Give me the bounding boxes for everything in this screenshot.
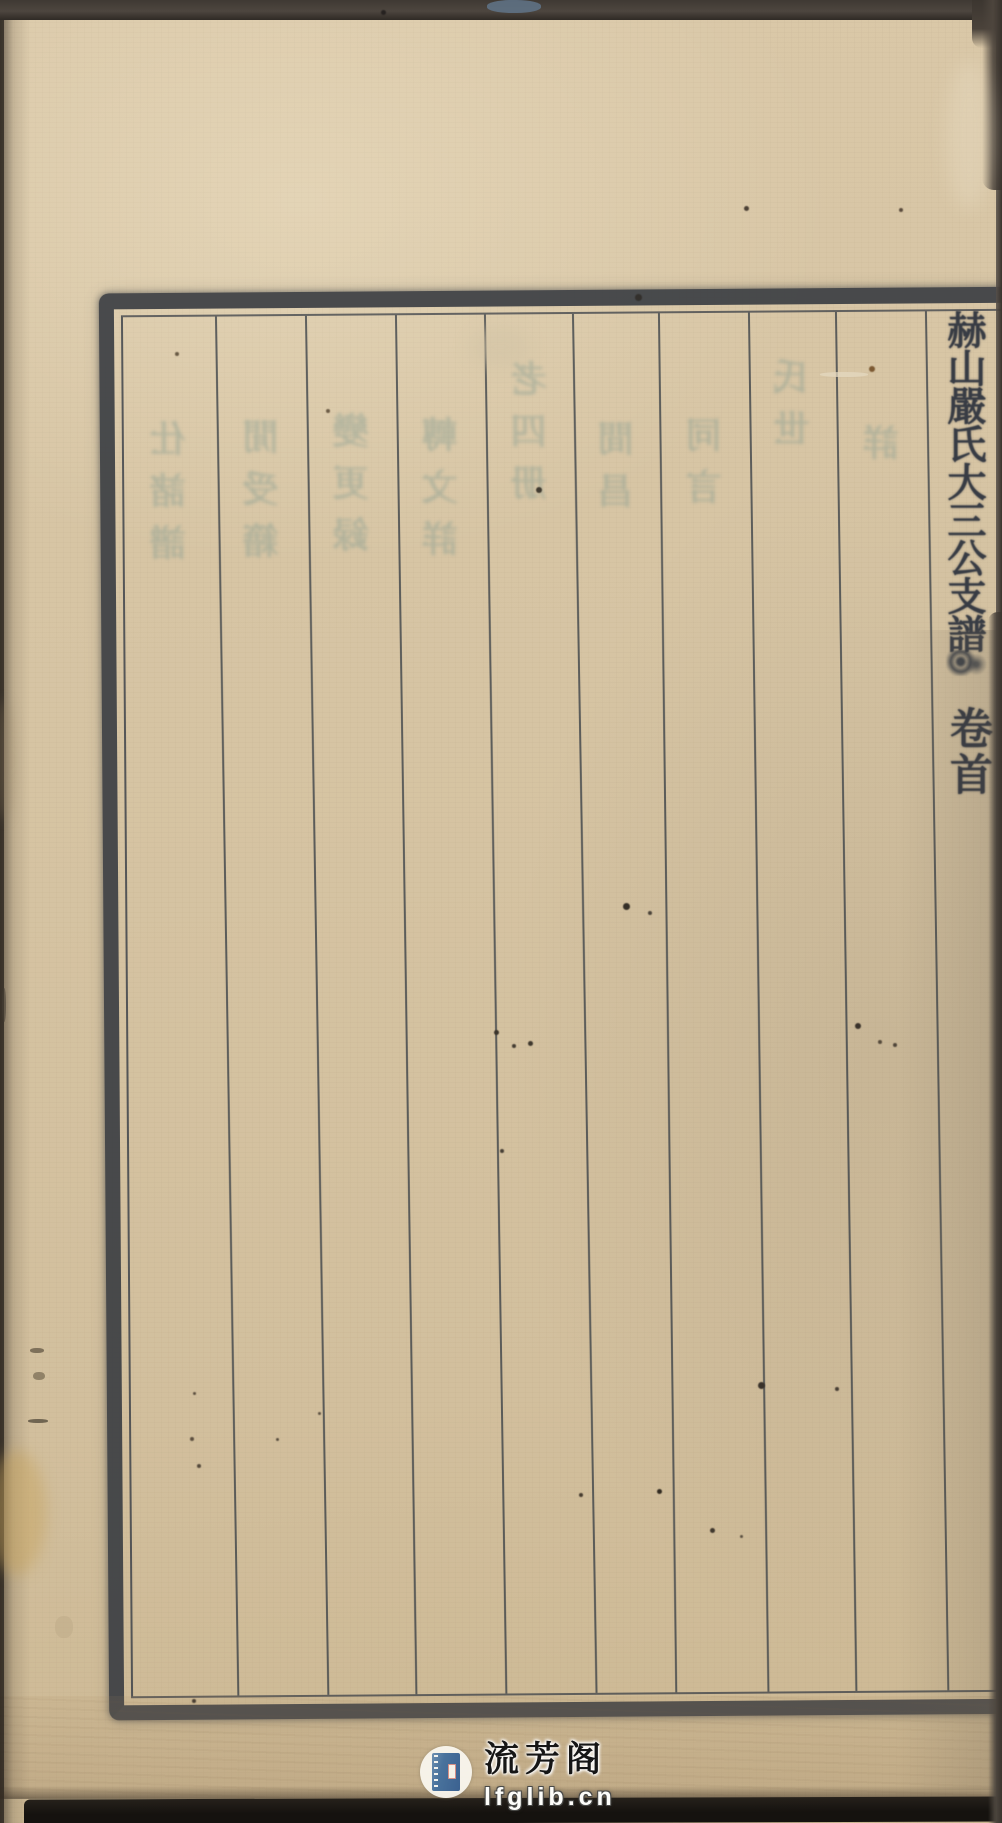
paper-mark (487, 0, 541, 13)
column-rule-line (484, 315, 507, 1694)
ink-speck (175, 352, 179, 356)
ink-speck (276, 1438, 279, 1441)
ink-speck (512, 1044, 516, 1048)
paper-stain (946, 60, 992, 210)
watermark: 流芳阁 lfglib.cn (420, 1732, 616, 1812)
watermark-texts: 流芳阁 lfglib.cn (484, 1732, 616, 1812)
ink-speck (657, 1489, 662, 1494)
ink-speck (192, 1699, 196, 1703)
paper-mark (2, 988, 6, 1022)
ghost-bleedthrough-column: 間昌 (600, 420, 636, 524)
ink-speck (893, 1043, 897, 1047)
ink-speck (855, 1023, 861, 1029)
ink-speck (193, 1392, 196, 1395)
ghost-bleedthrough-column: 仕諸譜 (152, 420, 188, 576)
ink-speck (190, 1437, 194, 1441)
scanned-genealogy-page: 仕諸譜閒受籍變更録轉文詳老四册間昌同言氏世詳 赫山嚴氏大三公支譜 卷首 流芳阁 … (0, 0, 1002, 1823)
column-rule-line (658, 313, 677, 1692)
ink-speck (648, 911, 652, 915)
watermark-logo-badge (420, 1746, 472, 1798)
ink-speck (835, 1387, 839, 1391)
watermark-site-name: 流芳阁 (484, 1732, 616, 1782)
ink-speck (197, 1464, 201, 1468)
ink-speck (899, 208, 903, 212)
ink-speck (878, 1040, 882, 1044)
ink-speck (740, 1535, 743, 1538)
ghost-bleedthrough-column: 變更録 (335, 412, 371, 568)
right-edge-lower-strip (988, 612, 1002, 1823)
column-rule-line (215, 317, 239, 1696)
column-rule-line (835, 312, 857, 1691)
ink-speck (623, 903, 630, 910)
ink-speck (494, 1030, 499, 1035)
stitched-book-icon (432, 1753, 460, 1791)
ink-speck (635, 294, 642, 301)
paper-mark (28, 1419, 48, 1423)
ink-speck (500, 1149, 504, 1153)
ghost-bleedthrough-column: 轉文詳 (424, 416, 460, 572)
ink-speck (318, 1412, 321, 1415)
ghost-bleedthrough-column: 老四册 (513, 360, 549, 516)
ghost-bleedthrough-column: 詳 (865, 424, 901, 476)
watermark-site-url: lfglib.cn (484, 1783, 616, 1812)
paper-mark (55, 1616, 73, 1638)
ink-speck (869, 366, 875, 372)
ink-speck (536, 487, 542, 493)
column-rule-line (305, 316, 329, 1695)
paper-stain (0, 1450, 46, 1575)
paper-mark (820, 372, 868, 377)
ink-speck (758, 1382, 765, 1389)
paper-mark (30, 1348, 44, 1353)
column-rule-line (572, 314, 598, 1693)
paper-mark (33, 1372, 45, 1380)
column-rule-line (395, 315, 417, 1694)
ink-speck (579, 1493, 583, 1497)
ink-speck (528, 1041, 533, 1046)
ink-speck (381, 10, 386, 15)
paper-stain (470, 326, 530, 368)
right-paper-shading (898, 630, 1002, 1790)
ghost-bleedthrough-column: 氏世 (776, 358, 812, 462)
ink-speck (326, 409, 330, 413)
ink-speck (710, 1528, 715, 1533)
ink-speck (744, 206, 749, 211)
ghost-bleedthrough-column: 閒受籍 (245, 418, 281, 574)
column-rule-line (748, 313, 769, 1692)
book-title-vertical: 赫山嚴氏大三公支譜 (944, 310, 983, 652)
ghost-bleedthrough-column: 同言 (688, 416, 724, 520)
